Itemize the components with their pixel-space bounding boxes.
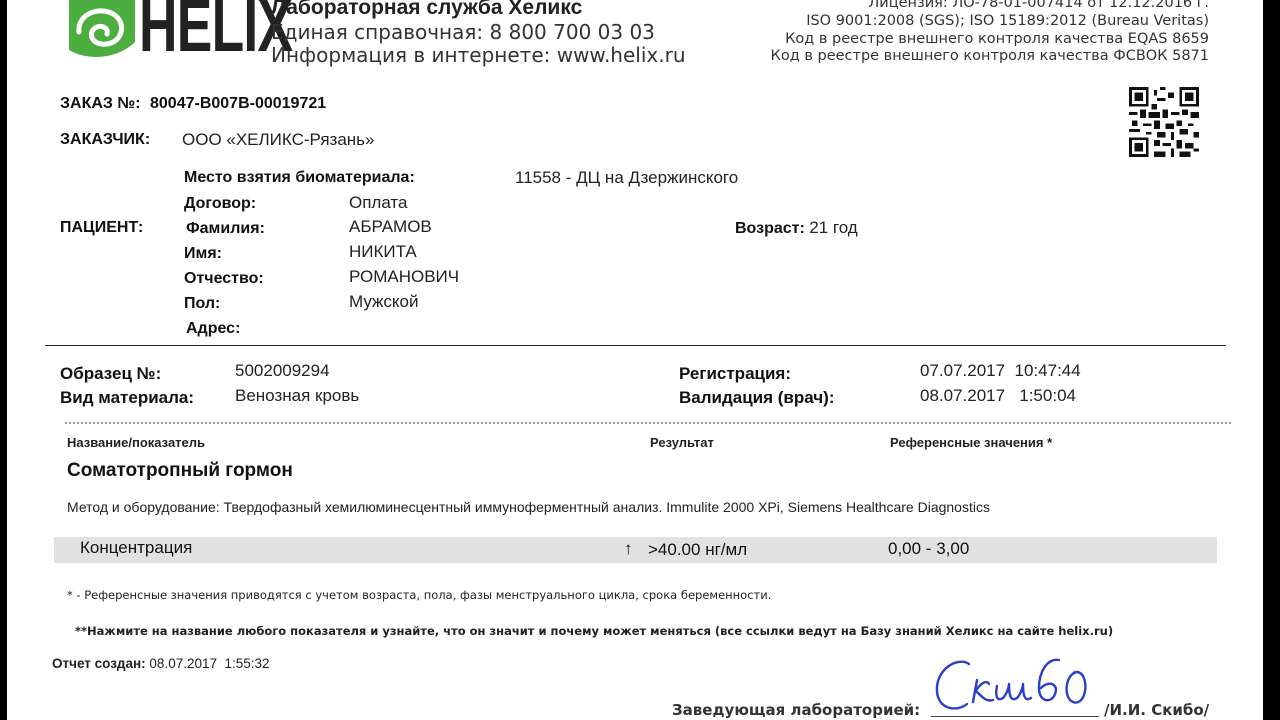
report-created-label: Отчет создан: — [52, 656, 146, 671]
reference-footnote: * - Референсные значения приводятся с уч… — [67, 588, 771, 602]
age: Возраст: 21 год — [735, 218, 858, 238]
material-label: Вид материала: — [60, 388, 194, 408]
helix-swirl-icon — [69, 0, 135, 62]
link-footnote: **Нажмите на название любого показателя … — [75, 624, 1113, 638]
license: Лицензия: ЛО-78-01-007414 от 12.12.2016 … — [868, 0, 1209, 11]
order-number: 80047-B007B-00019721 — [150, 95, 326, 113]
iso-certs: ISO 9001:2008 (SGS); ISO 15189:2012 (Bur… — [806, 13, 1209, 29]
sample-number-label: Образец №: — [60, 364, 161, 384]
section-divider — [45, 345, 1226, 346]
hotline: Единая справочная: 8 800 700 03 03 — [271, 20, 655, 44]
website[interactable]: Информация в интернете: www.helix.ru — [271, 43, 686, 67]
patronymic-label: Отчество: — [184, 270, 264, 288]
contract: Оплата — [349, 193, 407, 213]
brand-wordmark: HELIX — [139, 0, 292, 66]
handwritten-signature — [927, 652, 1107, 720]
arrow-up-icon: ↑ — [624, 539, 633, 559]
sample-number: 5002009294 — [235, 361, 330, 381]
report-created-value: 08.07.2017 1:55:32 — [149, 656, 269, 671]
dotted-divider — [65, 422, 1231, 424]
patronymic: РОМАНОВИЧ — [349, 267, 459, 287]
signer-label: Заведующая лабораторией: — [672, 701, 920, 719]
age-value: 21 год — [809, 218, 857, 237]
sex: Мужской — [349, 292, 419, 312]
customer: ООО «ХЕЛИКС-Рязань» — [182, 130, 374, 150]
biomaterial-site-label: Место взятия биоматериала: — [184, 169, 415, 187]
age-label: Возраст: — [735, 220, 805, 237]
validation: 08.07.2017 1:50:04 — [920, 386, 1076, 406]
contract-label: Договор: — [184, 195, 256, 213]
column-header-reference: Референсные значения * — [890, 435, 1052, 450]
lab-report-page: HELIX ® Лабораторная служба Хеликс Едина… — [7, 0, 1263, 720]
order-number-label: ЗАКАЗ №: — [60, 95, 141, 113]
reference-range: 0,00 - 3,00 — [888, 539, 969, 559]
column-header-result: Результат — [650, 435, 714, 450]
qr-code — [1129, 87, 1199, 157]
firstname-label: Имя: — [184, 245, 222, 263]
test-name-link[interactable]: Соматотропный гормон — [67, 460, 293, 482]
registered-mark: ® — [258, 0, 265, 4]
biomaterial-site: 11558 - ДЦ на Дзержинского — [515, 168, 738, 188]
customer-label: ЗАКАЗЧИК: — [60, 131, 150, 149]
sex-label: Пол: — [184, 295, 220, 313]
firstname: НИКИТА — [349, 242, 417, 262]
registration: 07.07.2017 10:47:44 — [920, 361, 1081, 381]
eqas-code: Код в реестре внешнего контроля качества… — [785, 31, 1209, 47]
table-row: Концентрация ↑ >40.00 нг/мл 0,00 - 3,00 — [54, 537, 1217, 563]
method-description: Метод и оборудование: Твердофазный хемил… — [67, 496, 1027, 518]
lastname: АБРАМОВ — [349, 217, 432, 237]
address-label: Адрес: — [186, 320, 240, 338]
lab-title: Лабораторная служба Хеликс — [271, 0, 582, 20]
lastname-label: Фамилия: — [186, 220, 265, 238]
parameter-name[interactable]: Концентрация — [80, 538, 192, 558]
column-header-name: Название/показатель — [67, 435, 205, 450]
signer-name: /И.И. Скибо/ — [1104, 701, 1209, 719]
fsvok-code: Код в реестре внешнего контроля качества… — [771, 48, 1209, 64]
patient-section-label: ПАЦИЕНТ: — [60, 219, 143, 237]
result-value: >40.00 нг/мл — [648, 540, 747, 560]
report-created: Отчет создан: 08.07.2017 1:55:32 — [52, 656, 270, 671]
registration-label: Регистрация: — [679, 364, 791, 384]
helix-logo: HELIX ® — [69, 0, 259, 64]
material: Венозная кровь — [235, 386, 359, 406]
validation-label: Валидация (врач): — [679, 388, 835, 408]
